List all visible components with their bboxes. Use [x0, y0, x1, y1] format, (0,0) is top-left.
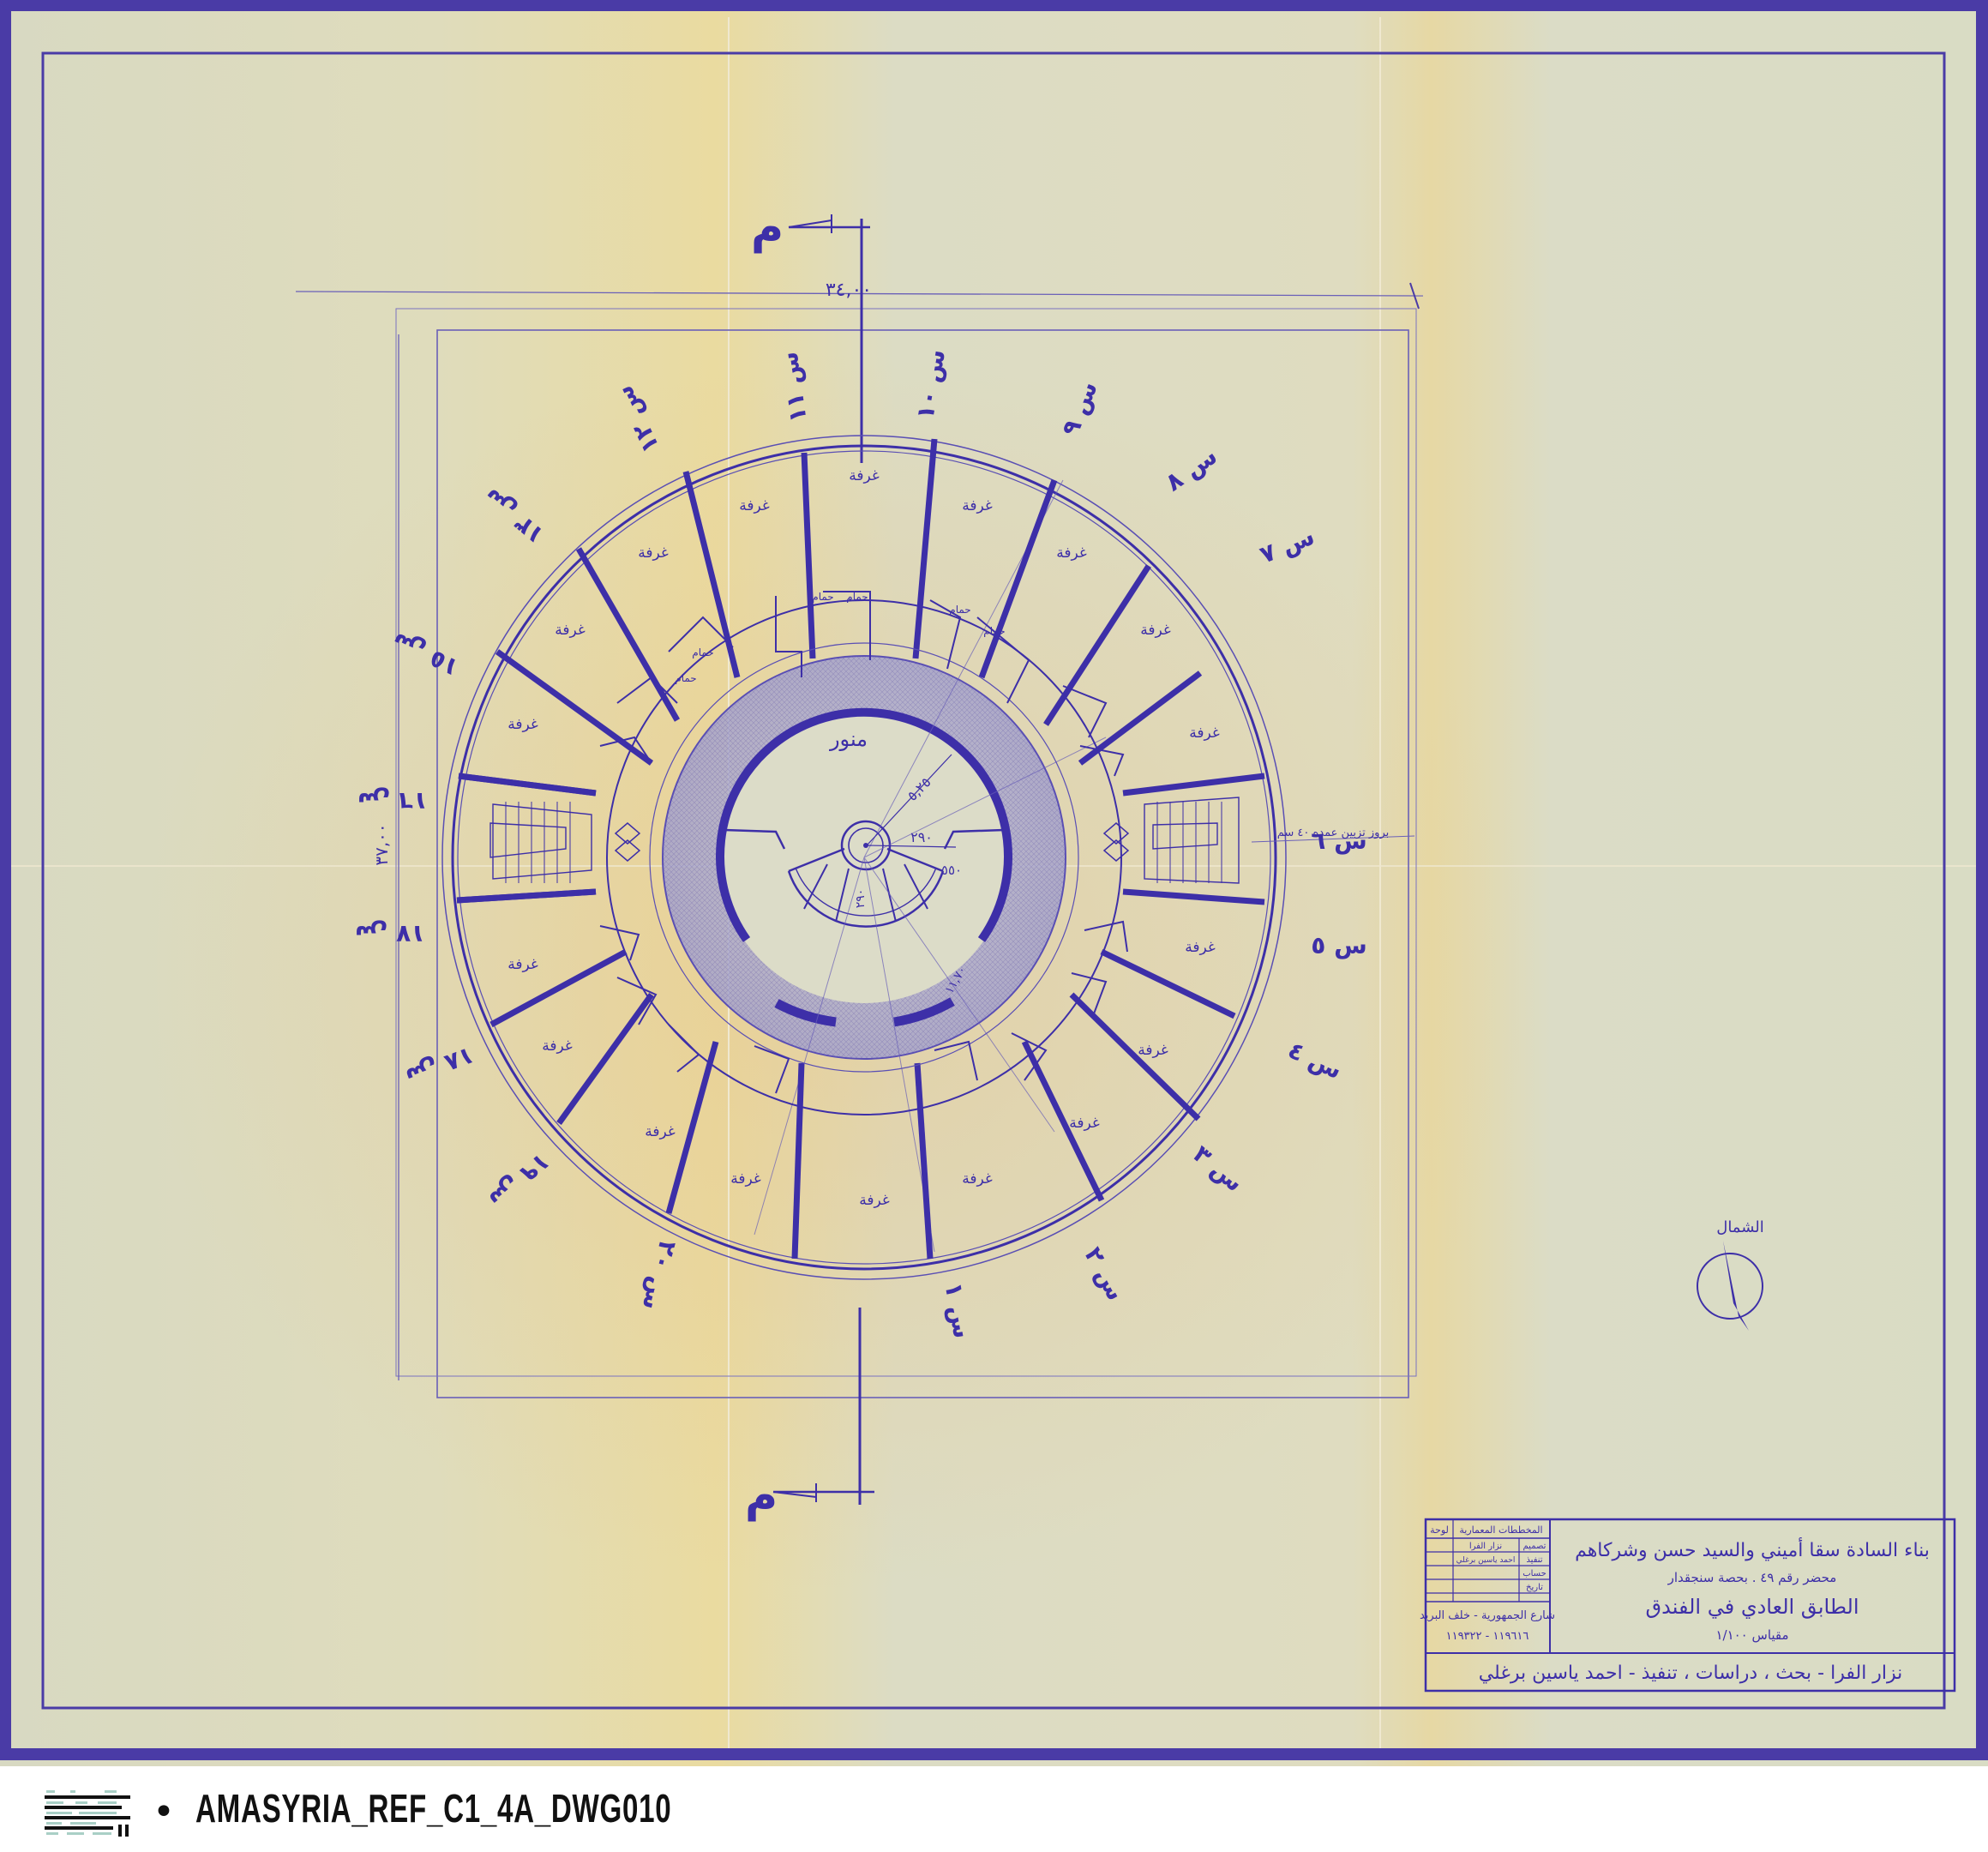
room-label: غرفة: [849, 467, 880, 484]
room-label: غرفة: [508, 956, 538, 973]
plot-number: محضر رقم ٤٩ . بحصة سنجقدار: [1667, 1570, 1837, 1585]
room-label: غرفة: [555, 622, 586, 639]
bath-label: حمام: [812, 591, 833, 603]
drawing-scale: مقياس ١/١٠٠: [1715, 1627, 1788, 1643]
axis-label: س ١٦: [357, 787, 429, 815]
svg-text:م: م: [751, 202, 784, 254]
room-label: غرفة: [739, 497, 770, 514]
room-label: غرفة: [645, 1123, 676, 1140]
row-date-label: تاريخ: [1526, 1583, 1543, 1592]
archive-code: AMASYRIA_REF_C1_4A_DWG010: [195, 1785, 671, 1831]
row-execution-value: احمد ياسين برغلي: [1456, 1556, 1516, 1565]
room-label: غرفة: [1185, 939, 1216, 956]
bath-label: حمام: [949, 604, 970, 616]
room-label: غرفة: [962, 1170, 993, 1188]
footer-credit: نزار الفرا - بحث ، دراسات ، تنفيذ - احمد…: [1479, 1663, 1903, 1684]
row-calc-label: حساب: [1523, 1569, 1547, 1578]
bath-label: حمام: [983, 625, 1005, 637]
north-label: الشمال: [1716, 1218, 1764, 1236]
drawing-title: الطابق العادي في الفندق: [1646, 1595, 1859, 1619]
office-address: شارع الجمهورية - خلف البريد: [1420, 1609, 1555, 1622]
room-label: غرفة: [508, 716, 538, 733]
dim-radius-label: ٥٥٠: [941, 863, 962, 878]
svg-text:م: م: [745, 1470, 778, 1522]
room-label: غرفة: [1138, 1042, 1168, 1059]
room-label: غرفة: [730, 1170, 761, 1188]
row-execution-label: تنفيذ: [1526, 1555, 1542, 1565]
dimension-width-label: ٣٤,٠٠: [826, 280, 872, 301]
axis-label: س ١٧: [355, 920, 426, 948]
room-label: غرفة: [638, 544, 669, 562]
title-drawings-header: المخططات المعمارية: [1459, 1524, 1542, 1536]
office-phones: ١١٩٦١٦ - ١١٩٣٢٢: [1446, 1630, 1529, 1643]
room-label: غرفة: [962, 497, 993, 514]
light-well-label: منور: [829, 727, 868, 751]
blueprint-sheet: ٣٤,٠٠ ٣٧,٠٠ م م: [0, 0, 1988, 1766]
room-label: غرفة: [1056, 544, 1087, 562]
dim-inner-label: ٢٩٠: [854, 889, 868, 909]
dimension-height-label: ٣٧,٠٠: [371, 823, 392, 865]
room-label: غرفة: [1069, 1115, 1100, 1132]
row-design-label: تصميم: [1523, 1542, 1547, 1551]
room-label: غرفة: [1140, 622, 1171, 639]
dim-radius-label: ٢٩٠: [910, 829, 933, 845]
room-label: غرفة: [1189, 725, 1220, 742]
row-design-value: نزار الفرا: [1469, 1542, 1502, 1551]
axis-label: س ٥: [1311, 931, 1366, 959]
footer-bullet: •: [153, 1794, 175, 1831]
amasyria-logo-icon: [45, 1790, 130, 1837]
title-sheet-header: لوحة: [1430, 1524, 1449, 1536]
room-label: غرفة: [542, 1037, 573, 1055]
bath-label: حمام: [692, 646, 713, 658]
owner-name: بناء السادة سقا أميني والسيد حسن وشركاهم: [1575, 1537, 1930, 1561]
bath-label: حمام: [846, 591, 868, 603]
axis-label: س ٦: [1311, 827, 1366, 855]
room-label: غرفة: [859, 1192, 890, 1209]
bath-label: حمام: [675, 672, 696, 684]
